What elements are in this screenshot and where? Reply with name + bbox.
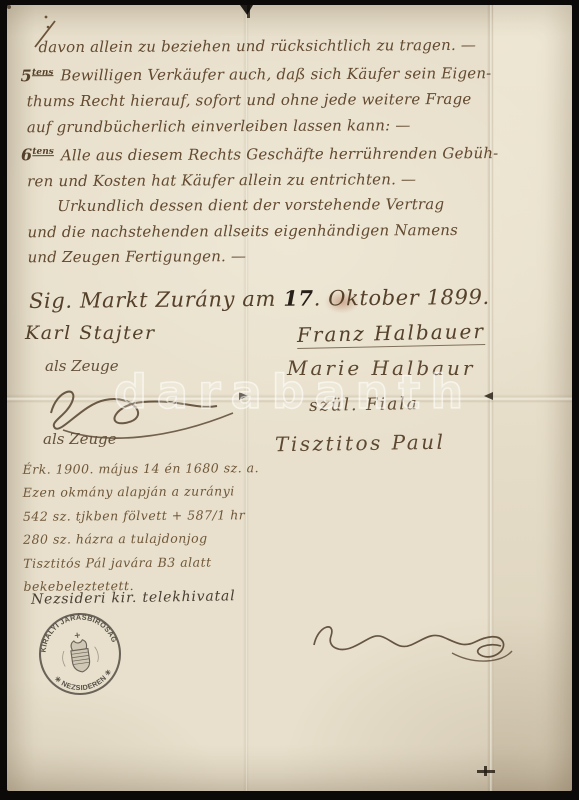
witness2-role: als Zeuge xyxy=(43,430,117,448)
contract-line: ren und Kosten hat Käufer allein zu entr… xyxy=(27,166,497,194)
paper-sheet: davon allein zu beziehen und rücksichtli… xyxy=(7,5,572,791)
party3-signature: Tisztitos Paul xyxy=(275,430,446,456)
fold-intersection-mark-right xyxy=(484,392,493,400)
land-office-name: Nezsideri kir. telekhivatal xyxy=(31,588,236,608)
party2-signature: Marie Halbaur xyxy=(287,356,475,380)
contract-line: Alle aus diesem Rechts Geschäfte herrühr… xyxy=(61,144,499,164)
court-stamp: KIRÁLYI JÁRÁSBIRÓSÁG ✳ NEZSIDEREN ✳ xyxy=(31,605,128,702)
registration-line: 542 sz. tjkben fölvett + 587/1 hr xyxy=(23,503,260,528)
clause-5-number: 5tens xyxy=(21,66,54,85)
contract-text-block: davon allein zu beziehen und rücksichtli… xyxy=(26,33,497,271)
contract-line: auf grundbücherlich einverleiben lassen … xyxy=(27,112,497,140)
registration-note-block: Érk. 1900. május 14 én 1680 sz. a. Ezen … xyxy=(23,456,260,598)
coat-of-arms-icon xyxy=(59,630,100,674)
right-fold-panel-shading xyxy=(493,5,572,791)
contract-line: Bewilligen Verkäufer auch, daß sich Käuf… xyxy=(60,65,491,85)
contract-line: davon allein zu beziehen und rücksichtli… xyxy=(26,33,496,61)
dateline-day: 17 xyxy=(283,286,314,311)
witness1-signature: Karl Stajter xyxy=(25,322,156,344)
official-signature-flourish xyxy=(302,611,520,669)
contract-clause-5: 5tensBewilligen Verkäufer auch, daß sich… xyxy=(27,58,497,89)
registration-line: 280 sz. házra a tulajdonjog xyxy=(23,526,260,551)
clause-6-number: 6tens xyxy=(21,145,54,164)
dateline: Sig. Markt Zurány am 17. Oktober 1899. xyxy=(29,284,490,313)
registration-line: Érk. 1900. május 14 én 1680 sz. a. xyxy=(23,456,260,481)
scanned-document: davon allein zu beziehen und rücksichtli… xyxy=(0,0,579,800)
paper-speck xyxy=(7,5,11,9)
contract-line: Urkundlich dessen dient der vorstehende … xyxy=(27,192,497,220)
dateline-month-year: . Oktober 1899. xyxy=(314,285,490,311)
registration-line: Tisztitós Pál javára B3 alatt xyxy=(23,550,260,575)
party2-maiden-name: szül. Fiala xyxy=(309,394,419,416)
bottom-fold-mark-cross xyxy=(484,766,487,776)
dateline-place: Sig. Markt Zurány am xyxy=(29,287,283,313)
witness1-role: als Zeuge xyxy=(45,357,119,375)
party1-signature: Franz Halbauer xyxy=(297,319,485,349)
registration-line: Ezen okmány alapján a zurányi xyxy=(23,480,260,505)
top-edge-notch xyxy=(240,5,253,15)
contract-line: und Zeugen Fertigungen. — xyxy=(27,243,497,271)
contract-line: und die nachstehenden allseits eigenhänd… xyxy=(27,217,497,245)
contract-line: thums Recht hierauf, sofort und ohne jed… xyxy=(27,87,497,115)
contract-clause-6: 6tensAlle aus diesem Rechts Geschäfte he… xyxy=(27,138,497,169)
